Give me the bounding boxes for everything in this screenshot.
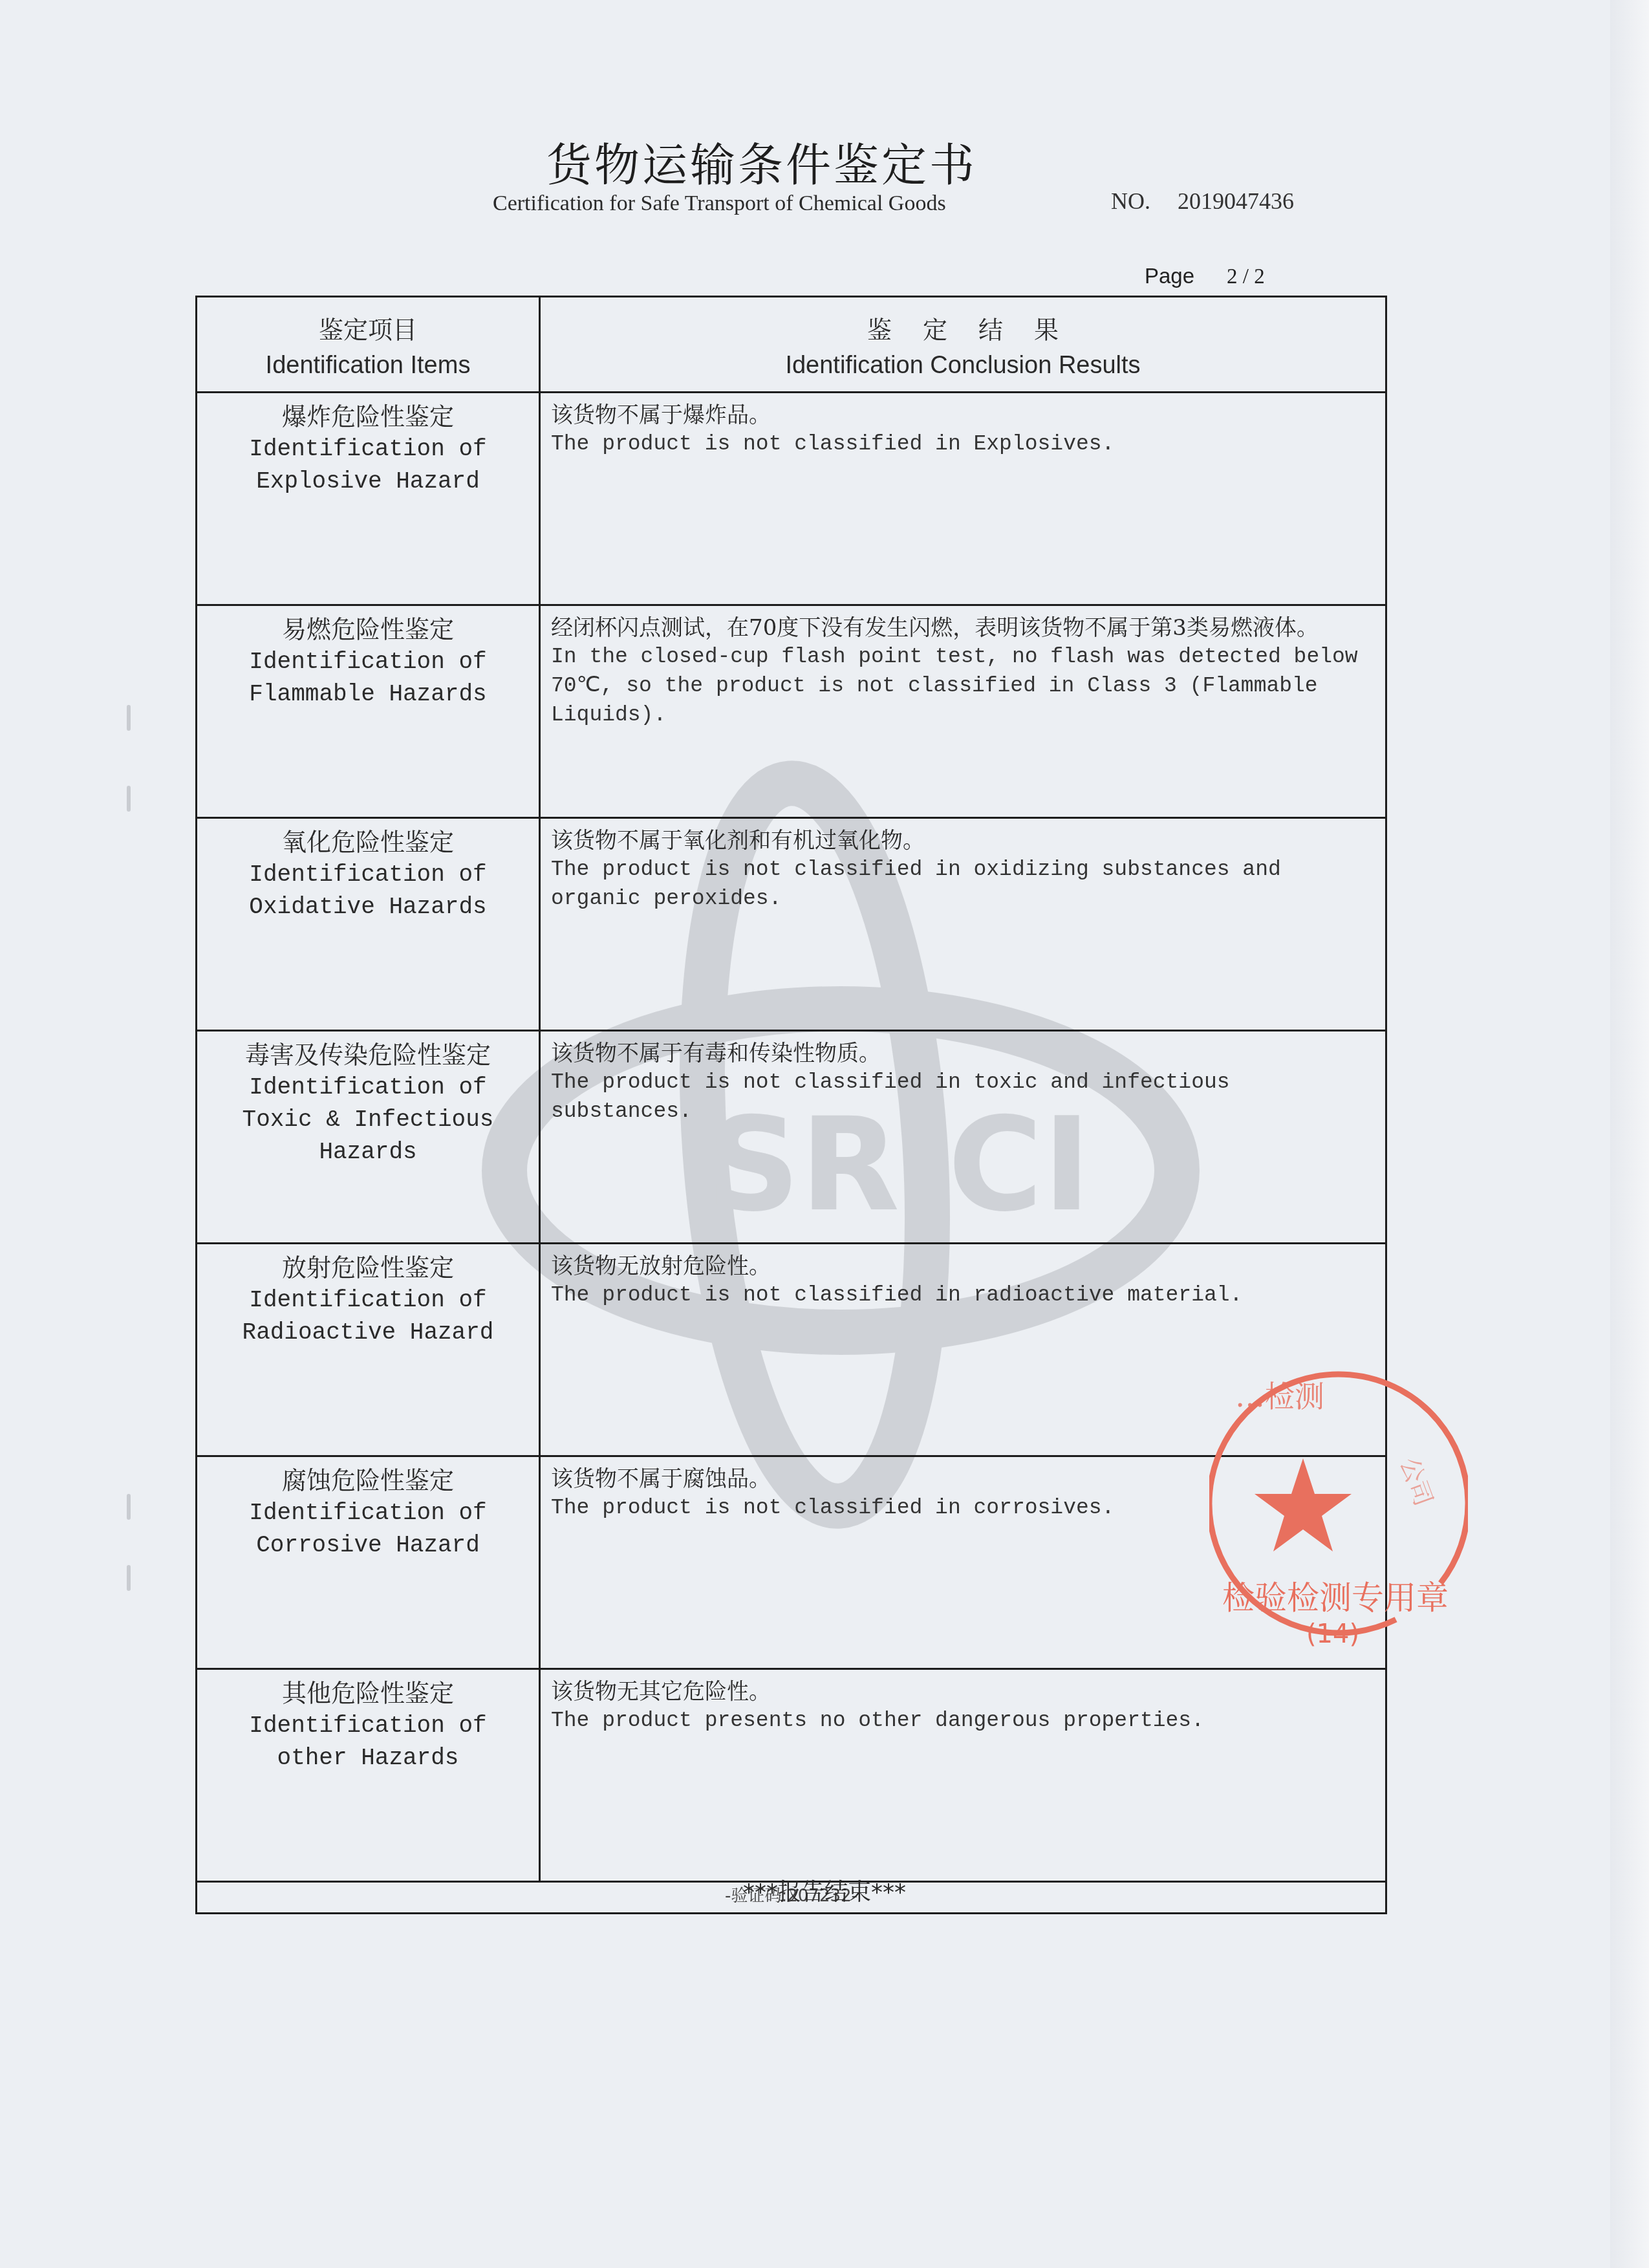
result-en: The product is not classified in corrosi…: [551, 1493, 1376, 1522]
item-name-en: Toxic & Infectious: [197, 1104, 539, 1136]
identification-item: 爆炸危险性鉴定Identification ofExplosive Hazard: [197, 393, 540, 605]
svg-text:公司: 公司: [1395, 1454, 1438, 1509]
result-en: In the closed-cup flash point test, no f…: [551, 642, 1376, 729]
item-name-en: Explosive Hazard: [197, 466, 539, 498]
table-row: 易燃危险性鉴定Identification ofFlammable Hazard…: [197, 605, 1386, 818]
conclusion-result: 该货物不属于有毒和传染性物质。 The product is not class…: [540, 1031, 1386, 1244]
document-title-cn: 货物运输条件鉴定书: [546, 129, 977, 195]
item-name-cn: 易燃危险性鉴定: [197, 612, 539, 646]
table-header-row: 鉴定项目 Identification Items 鉴定结果 Identific…: [197, 297, 1386, 393]
header-results-cn: 鉴定结果: [541, 310, 1385, 345]
certificate-number: NO.2019047436: [1111, 188, 1294, 215]
conclusion-result: 该货物不属于腐蚀品。 The product is not classified…: [540, 1456, 1386, 1669]
page-value: 2 / 2: [1227, 265, 1265, 288]
table-row: 放射危险性鉴定Identification ofRadioactive Haza…: [197, 1244, 1386, 1456]
conclusion-result: 该货物无其它危险性。 The product presents no other…: [540, 1669, 1386, 1882]
table-row: 腐蚀危险性鉴定Identification ofCorrosive Hazard…: [197, 1456, 1386, 1669]
identification-item: 毒害及传染危险性鉴定Identification ofToxic & Infec…: [197, 1031, 540, 1244]
result-cn: 该货物不属于爆炸品。: [551, 401, 1376, 429]
item-name-cn: 其他危险性鉴定: [197, 1676, 539, 1710]
item-name-en: Identification of: [197, 1072, 539, 1104]
header-items-cn: 鉴定项目: [197, 310, 539, 345]
conclusion-result: 该货物不属于氧化剂和有机过氧化物。 The product is not cla…: [540, 818, 1386, 1031]
item-name-en: Oxidative Hazards: [197, 891, 539, 923]
item-name-en: Flammable Hazards: [197, 678, 539, 711]
table-row: 其他危险性鉴定Identification ofother Hazards 该货…: [197, 1669, 1386, 1882]
conclusion-result: 经闭杯闪点测试，在70度下没有发生闪燃，表明该货物不属于第3类易燃液体。 In …: [540, 605, 1386, 818]
item-name-en: Hazards: [197, 1136, 539, 1169]
end-of-report-mark: ***报告结束***: [0, 1874, 1649, 1907]
header-results: 鉴定结果 Identification Conclusion Results: [540, 297, 1386, 393]
table-row: 氧化危险性鉴定Identification ofOxidative Hazard…: [197, 818, 1386, 1031]
table-row: 毒害及传染危险性鉴定Identification ofToxic & Infec…: [197, 1031, 1386, 1244]
result-cn: 经闭杯闪点测试，在70度下没有发生闪燃，表明该货物不属于第3类易燃液体。: [551, 614, 1376, 642]
item-name-cn: 腐蚀危险性鉴定: [197, 1463, 539, 1497]
item-name-en: Identification of: [197, 433, 539, 466]
item-name-en: Identification of: [197, 646, 539, 678]
item-name-cn: 氧化危险性鉴定: [197, 825, 539, 859]
result-cn: 该货物无其它危险性。: [551, 1678, 1376, 1706]
certificate-number-label: NO.: [1111, 188, 1150, 214]
item-name-en: Identification of: [197, 1284, 539, 1317]
paper-edge: [1610, 0, 1649, 2268]
item-name-en: Radioactive Hazard: [197, 1317, 539, 1349]
item-name-cn: 放射危险性鉴定: [197, 1251, 539, 1284]
conclusion-result: 该货物不属于爆炸品。 The product is not classified…: [540, 393, 1386, 605]
result-cn: 该货物不属于有毒和传染性物质。: [551, 1039, 1376, 1068]
certificate-number-value: 2019047436: [1178, 188, 1294, 214]
result-en: The product is not classified in Explosi…: [551, 429, 1376, 459]
item-name-en: Corrosive Hazard: [197, 1529, 539, 1562]
identification-item: 放射危险性鉴定Identification ofRadioactive Haza…: [197, 1244, 540, 1456]
identification-item: 氧化危险性鉴定Identification ofOxidative Hazard…: [197, 818, 540, 1031]
header-results-en: Identification Conclusion Results: [541, 352, 1385, 380]
document-title-en: Certification for Safe Transport of Chem…: [493, 191, 946, 216]
item-name-en: Identification of: [197, 1497, 539, 1529]
item-name-cn: 爆炸危险性鉴定: [197, 400, 539, 433]
item-name-en: Identification of: [197, 1710, 539, 1742]
result-en: The product is not classified in toxic a…: [551, 1068, 1376, 1126]
result-en: The product is not classified in oxidizi…: [551, 855, 1376, 913]
item-name-en: Identification of: [197, 859, 539, 891]
identification-item: 腐蚀危险性鉴定Identification ofCorrosive Hazard: [197, 1456, 540, 1669]
result-en: The product presents no other dangerous …: [551, 1706, 1376, 1735]
page-indicator: Page2 / 2: [1145, 264, 1265, 289]
item-name-en: other Hazards: [197, 1742, 539, 1775]
page-label: Page: [1145, 264, 1194, 288]
identification-item: 易燃危险性鉴定Identification ofFlammable Hazard…: [197, 605, 540, 818]
header-items: 鉴定项目 Identification Items: [197, 297, 540, 393]
result-en: The product is not classified in radioac…: [551, 1280, 1376, 1310]
table-row: 爆炸危险性鉴定Identification ofExplosive Hazard…: [197, 393, 1386, 605]
identification-table: 鉴定项目 Identification Items 鉴定结果 Identific…: [195, 296, 1387, 1914]
result-cn: 该货物不属于腐蚀品。: [551, 1465, 1376, 1493]
result-cn: 该货物不属于氧化剂和有机过氧化物。: [551, 826, 1376, 855]
result-cn: 该货物无放射危险性。: [551, 1252, 1376, 1280]
conclusion-result: 该货物无放射危险性。 The product is not classified…: [540, 1244, 1386, 1456]
identification-item: 其他危险性鉴定Identification ofother Hazards: [197, 1669, 540, 1882]
item-name-cn: 毒害及传染危险性鉴定: [197, 1038, 539, 1072]
header-items-en: Identification Items: [197, 352, 539, 380]
